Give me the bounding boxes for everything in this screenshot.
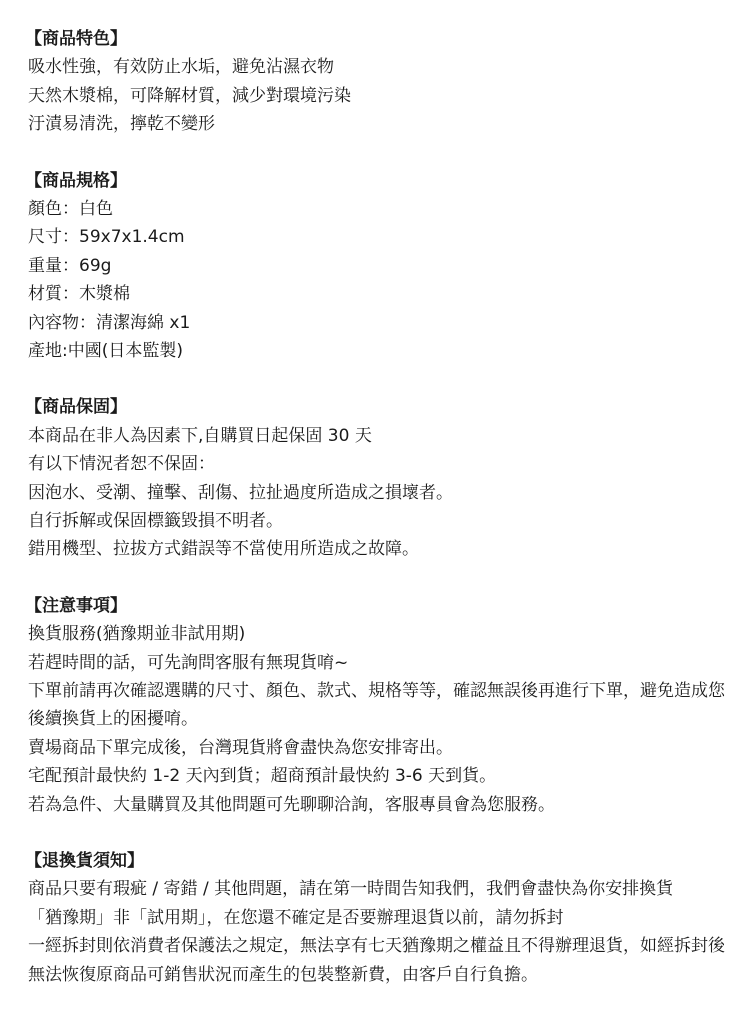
notes-line: 賣場商品下單完成後，台灣現貨將會盡快為您安排寄出。 (28, 734, 728, 762)
notes-line: 若為急件、大量購買及其他問題可先聊聊洽詢，客服專員會為您服務。 (28, 791, 728, 819)
feature-line: 汙漬易清洗，擰乾不變形 (28, 110, 728, 138)
section-title-returns: 【退換貨須知】 (25, 847, 728, 875)
spec-color: 顏色：白色 (28, 195, 728, 223)
returns-line: 商品只要有瑕疵 / 寄錯 / 其他問題，請在第一時間告知我們，我們會盡快為你安排… (28, 875, 728, 903)
returns-line: 「猶豫期」非「試用期」，在您還不確定是否要辦理退貨以前，請勿拆封 (28, 904, 728, 932)
notes-line: 宅配預計最快約 1-2 天內到貨；超商預計最快約 3-6 天到貨。 (28, 762, 728, 790)
section-title-notes: 【注意事項】 (25, 592, 728, 620)
spec-size: 尺寸：59x7x1.4cm (28, 223, 728, 251)
warranty-line: 本商品在非人為因素下,自購買日起保固 30 天 (28, 422, 728, 450)
warranty-line: 有以下情況者恕不保固： (28, 450, 728, 478)
warranty-line: 錯用機型、拉拔方式錯誤等不當使用所造成之故障。 (28, 535, 728, 563)
notes-line: 換貨服務(猶豫期並非試用期) (28, 620, 728, 648)
section-returns: 【退換貨須知】 商品只要有瑕疵 / 寄錯 / 其他問題，請在第一時間告知我們，我… (28, 847, 728, 989)
feature-line: 天然木漿棉，可降解材質，減少對環境污染 (28, 82, 728, 110)
section-notes: 【注意事項】 換貨服務(猶豫期並非試用期) 若趕時間的話，可先詢問客服有無現貨唷… (28, 592, 728, 819)
spec-material: 材質：木漿棉 (28, 280, 728, 308)
product-description: 【商品特色】 吸水性強，有效防止水垢，避免沾濕衣物 天然木漿棉，可降解材質，減少… (28, 25, 728, 1017)
section-title-specs: 【商品規格】 (25, 167, 728, 195)
notes-line: 下單前請再次確認選購的尺寸、顏色、款式、規格等等，確認無誤後再進行下單，避免造成… (28, 677, 728, 734)
warranty-line: 因泡水、受潮、撞擊、刮傷、拉扯過度所造成之損壞者。 (28, 479, 728, 507)
spec-origin: 產地:中國(日本監製) (28, 337, 728, 365)
feature-line: 吸水性強，有效防止水垢，避免沾濕衣物 (28, 53, 728, 81)
section-warranty: 【商品保固】 本商品在非人為因素下,自購買日起保固 30 天 有以下情況者恕不保… (28, 393, 728, 563)
notes-line: 若趕時間的話，可先詢問客服有無現貨唷~ (28, 649, 728, 677)
section-specs: 【商品規格】 顏色：白色 尺寸：59x7x1.4cm 重量：69g 材質：木漿棉… (28, 167, 728, 366)
returns-line: 一經拆封則依消費者保護法之規定，無法享有七天猶豫期之權益且不得辦理退貨，如經拆封… (28, 932, 728, 989)
spec-weight: 重量：69g (28, 252, 728, 280)
section-title-features: 【商品特色】 (25, 25, 728, 53)
section-features: 【商品特色】 吸水性強，有效防止水垢，避免沾濕衣物 天然木漿棉，可降解材質，減少… (28, 25, 728, 139)
section-title-warranty: 【商品保固】 (25, 393, 728, 421)
warranty-line: 自行拆解或保固標籤毀損不明者。 (28, 507, 728, 535)
spec-contents: 內容物：清潔海綿 x1 (28, 309, 728, 337)
